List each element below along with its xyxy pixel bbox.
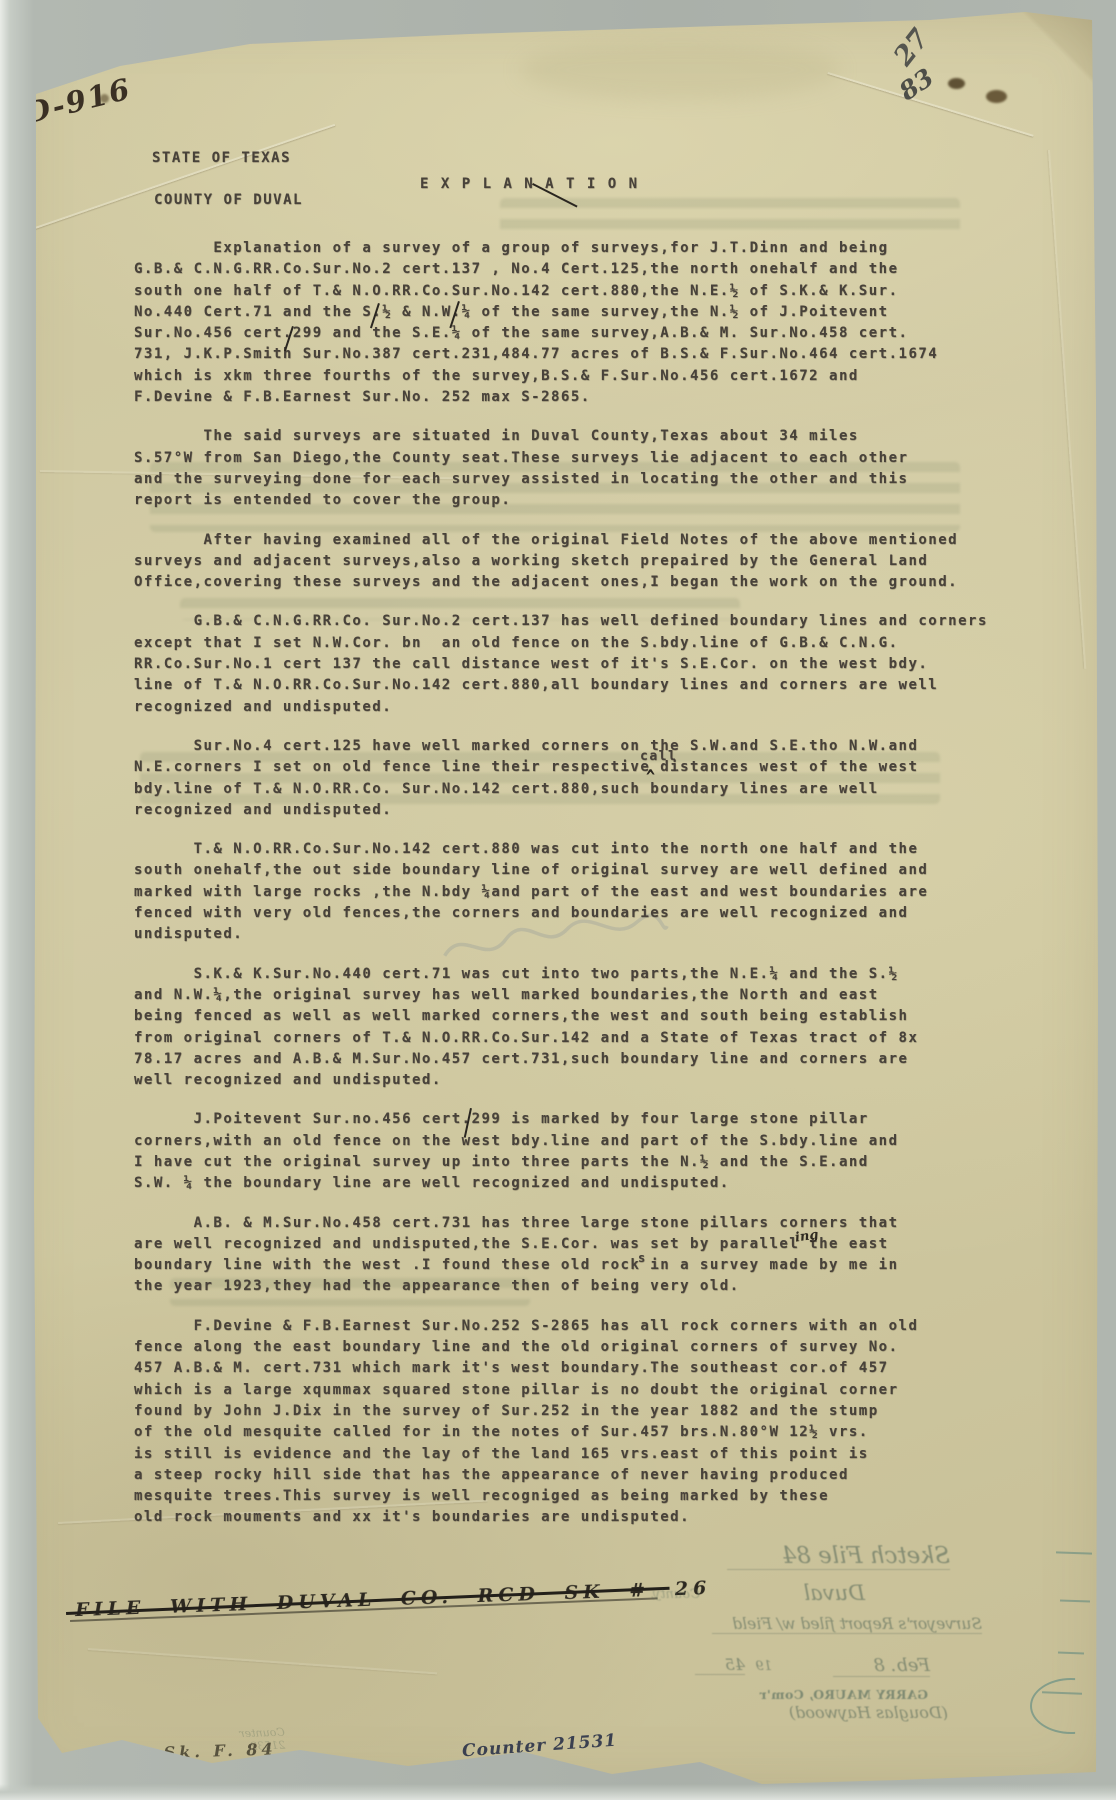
- typed-line: a steep rocky hill side that has the app…: [134, 1465, 988, 1486]
- bleedthrough-county-label: County,: [651, 1587, 701, 1602]
- typed-line: T.& N.O.RR.Co.Sur.No.142 cert.880 was cu…: [134, 839, 988, 860]
- file-number-annotation-2: D-916: [21, 71, 134, 130]
- corner-number-annotation-1: 27: [888, 23, 936, 72]
- corner-fold: [1002, 8, 1096, 86]
- typed-line: Office,covering these surveys and the ad…: [134, 572, 988, 593]
- typed-line: No.440 Cert.71 and the S.½ & N.W.¼ of th…: [134, 302, 988, 323]
- paragraph: The said surveys are situated in Duval C…: [134, 426, 988, 511]
- typed-line: mesquite trees.This survey is well recog…: [134, 1486, 988, 1507]
- typed-line: fenced with very old fences,the corners …: [134, 903, 988, 924]
- typed-line: found by John J.Dix in the survey of Sur…: [134, 1401, 988, 1422]
- typed-line: well recognized and undisputed.: [134, 1070, 988, 1091]
- typed-line: old rock mouments and xx it's boundaries…: [134, 1507, 988, 1528]
- typed-line: which is xkm three fourths of the survey…: [134, 366, 988, 387]
- bleedthrough-year: 45: [695, 1655, 745, 1675]
- interlinear-insert-call: call: [640, 749, 677, 764]
- state-heading: STATE OF TEXAS: [152, 150, 291, 166]
- stamp-dash: [1058, 1652, 1084, 1655]
- document-page: D-749 D-916 27 83 STATE OF TEXAS E X P L…: [0, 0, 1116, 1800]
- paper-stain: [520, 40, 840, 100]
- bleedthrough-date-month: Feb. 8: [833, 1655, 930, 1677]
- typed-line: and the surveying done for each survey a…: [134, 469, 988, 490]
- stamp-dash: [1060, 1599, 1090, 1602]
- typed-line: J.Poitevent Sur.no.456 cert.299 is marke…: [134, 1109, 988, 1130]
- paragraph: After having examined all of the origina…: [134, 530, 988, 594]
- typed-line: F.Devine & F.B.Earnest Sur.No.252 S-2865…: [134, 1316, 988, 1337]
- typed-line: line of T.& N.O.RR.Co.Sur.No.142 cert.88…: [134, 675, 988, 696]
- typed-line: S.K.& K.Sur.No.440 cert.71 was cut into …: [134, 964, 988, 985]
- stamp-fragment: [1030, 1678, 1112, 1734]
- typed-line: 731, J.K.P.Smith Sur.No.387 cert.231,484…: [134, 344, 988, 365]
- typed-line: except that I set N.W.Cor. bn an old fen…: [134, 633, 988, 654]
- bleedthrough-report-line: Surveyor's Report filed w/ Field: [712, 1615, 982, 1634]
- typed-line: S.57°W from San Diego,the County seat.Th…: [134, 448, 988, 469]
- typed-line: report is entended to cover the group.: [134, 490, 988, 511]
- typed-line: recognized and undisputed.: [134, 800, 988, 821]
- typed-line: corners,with an old fence on the west bd…: [134, 1131, 988, 1152]
- typed-line: A.B. & M.Sur.No.458 cert.731 has three l…: [134, 1213, 988, 1234]
- paper-stain: [986, 90, 1007, 103]
- typed-line: south onehalf,the out side boundary line…: [134, 860, 988, 881]
- bleedthrough-sketch-file: Sketch File 84: [727, 1543, 950, 1570]
- bleedthrough-block: Sketch File 84 Duval County, Surveyor's …: [620, 1535, 990, 1730]
- paragraph: F.Devine & F.B.Earnest Sur.No.252 S-2865…: [134, 1316, 988, 1529]
- typed-line: F.Devine & F.B.Earnest Sur.No. 252 max S…: [134, 387, 988, 408]
- paper-stain: [948, 78, 965, 89]
- typed-line: being fenced as well as well marked corn…: [134, 1006, 988, 1027]
- typed-line: G.B.& C.N.G.RR.Co.Sur.No.2 cert.137 , No…: [134, 259, 988, 280]
- paragraph: S.K.& K.Sur.No.440 cert.71 was cut into …: [134, 964, 988, 1092]
- document-title: E X P L A N A T I O N: [420, 176, 639, 192]
- typed-line: RR.Co.Sur.No.1 cert 137 the call distanc…: [134, 654, 988, 675]
- bleedthrough-county-name: Duval: [804, 1581, 865, 1605]
- typed-line: The said surveys are situated in Duval C…: [134, 426, 988, 447]
- typed-line: 457 A.B.& M. cert.731 which mark it's we…: [134, 1358, 988, 1379]
- typed-line: S.W. ¼ the boundary line are well recogn…: [134, 1173, 988, 1194]
- typed-line: recognized and undisputed.: [134, 697, 988, 718]
- paragraph: Explanation of a survey of a group of su…: [134, 238, 988, 408]
- superscript-s: s: [638, 1251, 647, 1265]
- typed-line: 78.17 acres and A.B.& M.Sur.No.457 cert.…: [134, 1049, 988, 1070]
- counter-annotation: Counter 21531: [461, 1731, 617, 1762]
- typed-line: are well recognized and undisputed,the S…: [134, 1234, 988, 1255]
- scan-background: D-749 D-916 27 83 STATE OF TEXAS E X P L…: [0, 0, 1116, 1800]
- typed-line: from original corners of T.& N.O.RR.Co.S…: [134, 1028, 988, 1049]
- stamp-dash: [1056, 1551, 1092, 1554]
- file-number-annotation-1: D-749: [44, 14, 167, 62]
- paragraph: Sur.No.4 cert.125 have well marked corne…: [134, 736, 988, 821]
- bleedthrough-approved-by: (Douglas Haywood): [789, 1703, 948, 1722]
- typed-line: undisputed.: [134, 924, 988, 945]
- typed-line: and N.W.¼,the original survey has well m…: [134, 985, 988, 1006]
- paper-crease: [1049, 150, 1087, 669]
- paragraph: J.Poitevent Sur.no.456 cert.299 is marke…: [134, 1109, 988, 1194]
- typed-line: I have cut the original survey up into t…: [134, 1152, 988, 1173]
- typed-line: G.B.& C.N.G.RR.Co. Sur.No.2 cert.137 has…: [134, 611, 988, 632]
- paper-crease: [88, 1648, 437, 1674]
- typed-line: boundary line with the west .I found the…: [134, 1255, 988, 1276]
- bleedthrough-year-prefix: 19: [755, 1659, 772, 1674]
- county-heading: COUNTY OF DUVAL: [154, 192, 303, 208]
- bleedthrough-commissioner-stamp: GARRY MAURO, Com'r: [759, 1687, 928, 1702]
- paragraph: G.B.& C.N.G.RR.Co. Sur.No.2 cert.137 has…: [134, 611, 988, 717]
- typed-line: which is a large xqummax squared stone p…: [134, 1380, 988, 1401]
- insert-caret-mark: ^: [646, 765, 655, 788]
- typed-line: After having examined all of the origina…: [134, 530, 988, 551]
- typed-line: Sur.No.4 cert.125 have well marked corne…: [134, 736, 988, 757]
- cut-edge-annotation: W. Sk. F. 84: [125, 1739, 277, 1763]
- typed-line: Sur.No.456 cert.299 and the S.E.¼ of the…: [134, 323, 988, 344]
- typed-line: marked with large rocks ,the N.bdy ¼and …: [134, 882, 988, 903]
- typed-line: the year 1923,they had the appearance th…: [134, 1276, 988, 1297]
- paper-crease: [32, 124, 335, 230]
- paragraph: T.& N.O.RR.Co.Sur.No.142 cert.880 was cu…: [134, 839, 988, 945]
- typed-line: south one half of T.& N.O.RR.Co.Sur.No.1…: [134, 281, 988, 302]
- typed-line: N.E.corners I set on old fence line thei…: [134, 757, 988, 778]
- corner-number-annotation-2: 83: [894, 63, 939, 107]
- typed-line: fence along the east boundary line and t…: [134, 1337, 988, 1358]
- typed-line: Explanation of a survey of a group of su…: [134, 238, 988, 259]
- paragraph: A.B. & M.Sur.No.458 cert.731 has three l…: [134, 1213, 988, 1298]
- typed-line: is still is evidence and the lay of the …: [134, 1444, 988, 1465]
- typed-body: Explanation of a survey of a group of su…: [134, 238, 988, 1547]
- typed-line: of the old mesquite called for in the no…: [134, 1422, 988, 1443]
- typed-line: surveys and adjacent surveys,also a work…: [134, 551, 988, 572]
- typed-line: bdy.line of T.& N.O.RR.Co. Sur.No.142 ce…: [134, 779, 988, 800]
